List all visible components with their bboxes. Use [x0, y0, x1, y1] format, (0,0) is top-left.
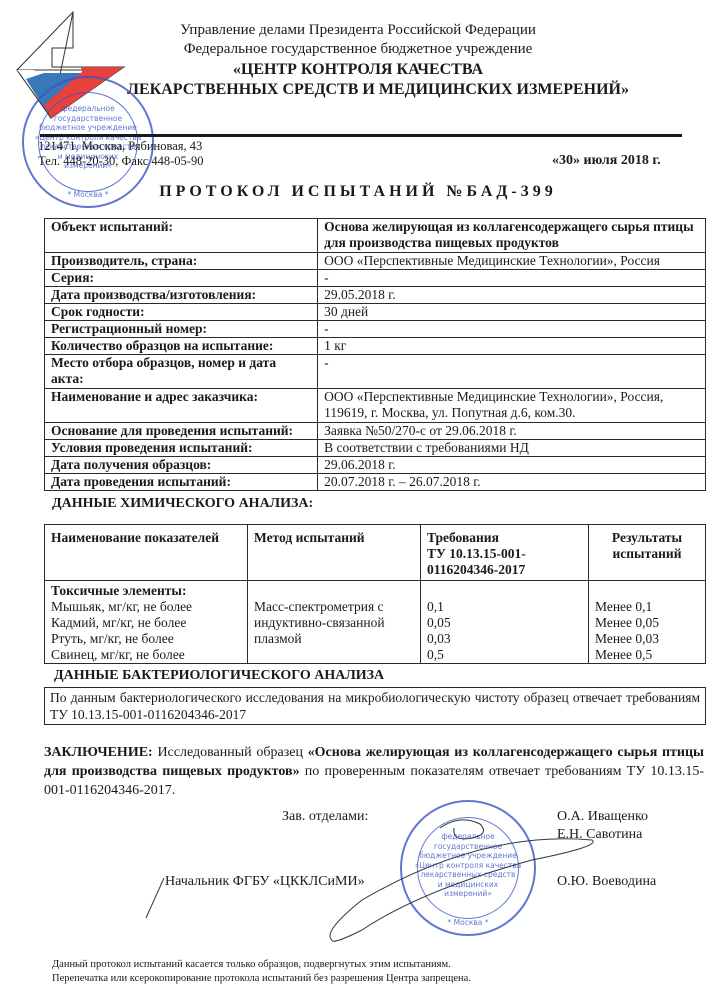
- table-row: Токсичные элементы: Мышьяк, мг/кг, не бо…: [45, 581, 706, 664]
- table-row: Условия проведения испытаний:В соответст…: [45, 440, 706, 457]
- table-row: Серия:-: [45, 270, 706, 287]
- header-divider: [40, 134, 682, 137]
- table-row: Регистрационный номер:-: [45, 321, 706, 338]
- org-address: 121471, Москва, Рябиновая, 43: [38, 139, 202, 154]
- header-ministry: Управление делами Президента Российской …: [0, 22, 716, 39]
- document-title: ПРОТОКОЛ ИСПЫТАНИЙ №БАД-399: [0, 183, 716, 201]
- table-row: Дата получения образцов:29.06.2018 г.: [45, 457, 706, 474]
- chem-section-title: ДАННЫЕ ХИМИЧЕСКОГО АНАЛИЗА:: [52, 496, 313, 512]
- table-row: Срок годности:30 дней: [45, 304, 706, 321]
- table-row: Место отбора образцов, номер и дата акта…: [45, 355, 706, 389]
- chem-analysis-table: Наименование показателей Метод испытаний…: [44, 524, 706, 664]
- table-header-row: Наименование показателей Метод испытаний…: [45, 525, 706, 581]
- table-row: Основание для проведения испытаний:Заявк…: [45, 423, 706, 440]
- header-institution-type: Федеральное государственное бюджетное уч…: [0, 41, 716, 58]
- stamp-text: государственное: [24, 114, 152, 124]
- table-row: Количество образцов на испытание:1 кг: [45, 338, 706, 355]
- footer-note-2: Перепечатка или ксерокопирование протоко…: [52, 973, 471, 984]
- table-row: Объект испытаний:Основа желирующая из ко…: [45, 219, 706, 253]
- signature-scribble-icon: [140, 800, 600, 950]
- footer-note-1: Данный протокол испытаний касается тольк…: [52, 959, 451, 970]
- document-date: «30» июля 2018 г.: [552, 153, 661, 169]
- stamp-text: федеральное: [24, 104, 152, 114]
- table-row: Дата производства/изготовления:29.05.201…: [45, 287, 706, 304]
- header-org-name-1: «ЦЕНТР КОНТРОЛЯ КАЧЕСТВА: [0, 61, 716, 79]
- bact-result-box: По данным бактериологического исследован…: [44, 687, 706, 725]
- table-row: Дата проведения испытаний:20.07.2018 г. …: [45, 474, 706, 491]
- table-row: Производитель, страна:ООО «Перспективные…: [45, 253, 706, 270]
- sample-info-table: Объект испытаний:Основа желирующая из ко…: [44, 218, 706, 491]
- stamp-text: бюджетное учреждение: [24, 123, 152, 133]
- org-phone: Тел. 448-20-30, Факс 448-05-90: [38, 154, 203, 169]
- table-row: Наименование и адрес заказчика:ООО «Перс…: [45, 389, 706, 423]
- conclusion: ЗАКЛЮЧЕНИЕ: Исследованный образец «Основ…: [44, 743, 704, 800]
- bact-section-title: ДАННЫЕ БАКТЕРИОЛОГИЧЕСКОГО АНАЛИЗА: [54, 668, 384, 684]
- header-org-name-2: ЛЕКАРСТВЕННЫХ СРЕДСТВ И МЕДИЦИНСКИХ ИЗМЕ…: [0, 81, 716, 99]
